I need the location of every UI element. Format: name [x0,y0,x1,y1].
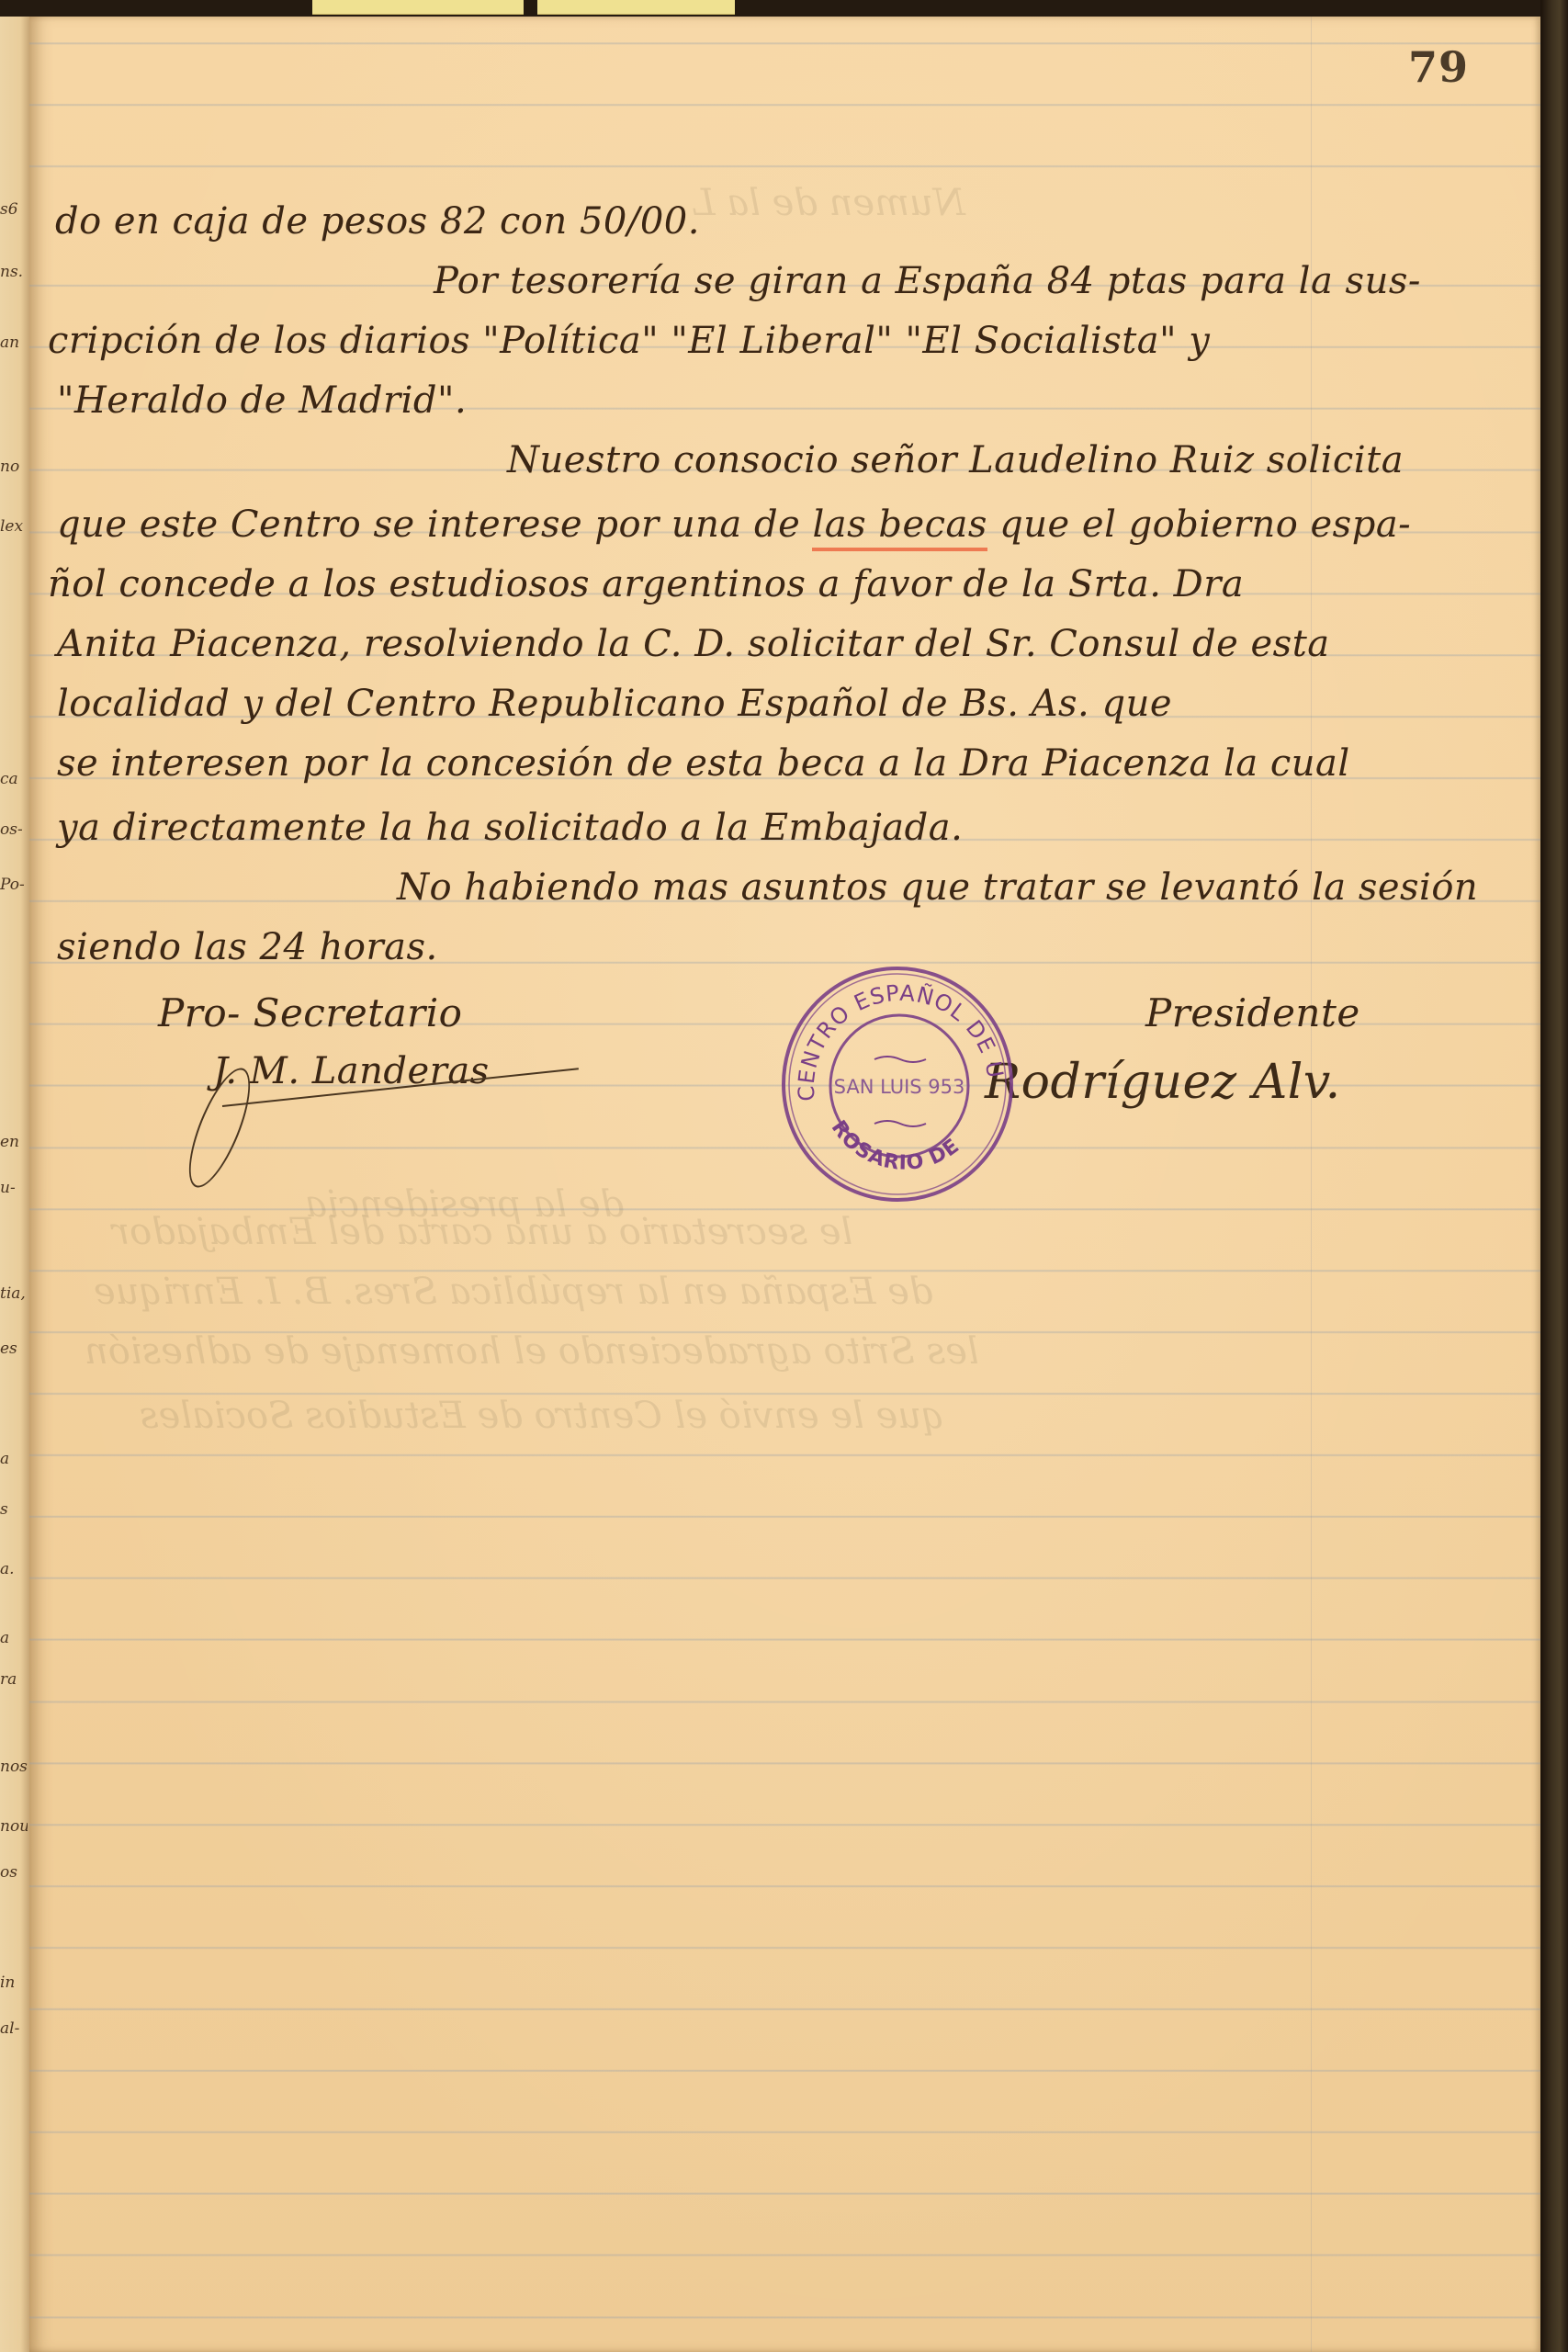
minutes-text: que este Centro se interese por una [57,503,742,546]
margin-fragment: es [0,1340,28,1358]
minutes-text: de [754,503,800,546]
margin-fragment: nou [0,1817,28,1836]
margin-fragment: a [0,1629,28,1647]
minutes-line: cripción de los diarios "Política" "El L… [48,320,1210,362]
minutes-line: Por tesorería se giran a España 84 ptas … [434,260,1421,302]
margin-fragment: tia, [0,1284,28,1303]
margin-fragment: os- [0,820,28,839]
margin-fragment: a. [0,1560,28,1578]
minutes-line: "Heraldo de Madrid". [57,379,467,422]
minutes-line: ya directamente la ha solicitado a la Em… [57,807,963,849]
ledger-page: 79 Numen de la L de la presidencia le se… [29,17,1540,2352]
paper-tab-marker [312,0,524,15]
margin-fragment: s6 [0,200,28,219]
minutes-line: se interesen por la concesión de esta be… [57,742,1350,785]
margin-fragment: a [0,1450,28,1468]
pro-secretario-title: Pro- Secretario [158,990,462,1035]
minutes-line: siendo las 24 horas. [57,926,438,968]
margin-fragment: al- [0,2019,28,2038]
stamp-center-text: SAN LUIS 953 [834,1076,965,1098]
margin-fragment: nos [0,1758,28,1776]
minutes-line: localidad y del Centro Republicano Españ… [57,683,1172,725]
margin-fragment: s [0,1500,28,1519]
margin-fragment: ra [0,1670,28,1689]
margin-fragment: os [0,1863,28,1882]
bleed-through-text: les Srito agradeciendo el homenaje de ad… [85,1330,979,1373]
margin-rule [1311,17,1312,2352]
margin-fragment: an [0,334,28,352]
margin-fragment: u- [0,1179,28,1197]
minutes-line: Nuestro consocio señor Laudelino Ruiz so… [507,439,1404,481]
bleed-through-text: de España en la república Sres. B. I. En… [94,1271,932,1313]
bleed-through-text: le secretario a una carta del Embajador [112,1211,852,1253]
highlighted-phrase-las-becas: las becas [812,503,987,551]
paper-tab-marker [537,0,735,15]
margin-fragment: ns. [0,263,28,281]
margin-fragment: no [0,458,28,476]
official-stamp-seal: CENTRO ESPAÑOL DE UNION REPU ROSARIO DE … [778,963,1017,1206]
minutes-line: Anita Piacenza, resolviendo la C. D. sol… [57,623,1330,665]
margin-fragment: Po- [0,876,28,894]
previous-page-edge: s6 ns. an no lex ca os- Po- en u- tia, e… [0,17,29,2352]
pro-secretario-signature: J. M. Landeras [213,1050,490,1092]
margin-fragment: lex [0,517,28,536]
bleed-through-text: que le envió el Centro de Estudios Socia… [140,1395,945,1437]
bleed-through-text: Numen de la L [691,182,965,224]
minutes-line: ñol concede a los estudiosos argentinos … [48,563,1244,605]
presidente-signature: Rodríguez Alv. [985,1055,1341,1110]
page-number: 79 [1408,42,1469,92]
minutes-text: que el gobierno espa- [999,503,1411,546]
presidente-title: Presidente [1145,990,1360,1035]
minutes-line: que este Centro se interese por una de l… [57,503,1411,546]
book-binding-edge [1540,0,1568,2352]
margin-fragment: in [0,1973,28,1992]
margin-fragment: en [0,1133,28,1151]
minutes-line: No habiendo mas asuntos que tratar se le… [397,866,1478,909]
minutes-line: do en caja de pesos 82 con 50/00. [55,200,700,243]
margin-fragment: ca [0,770,28,788]
